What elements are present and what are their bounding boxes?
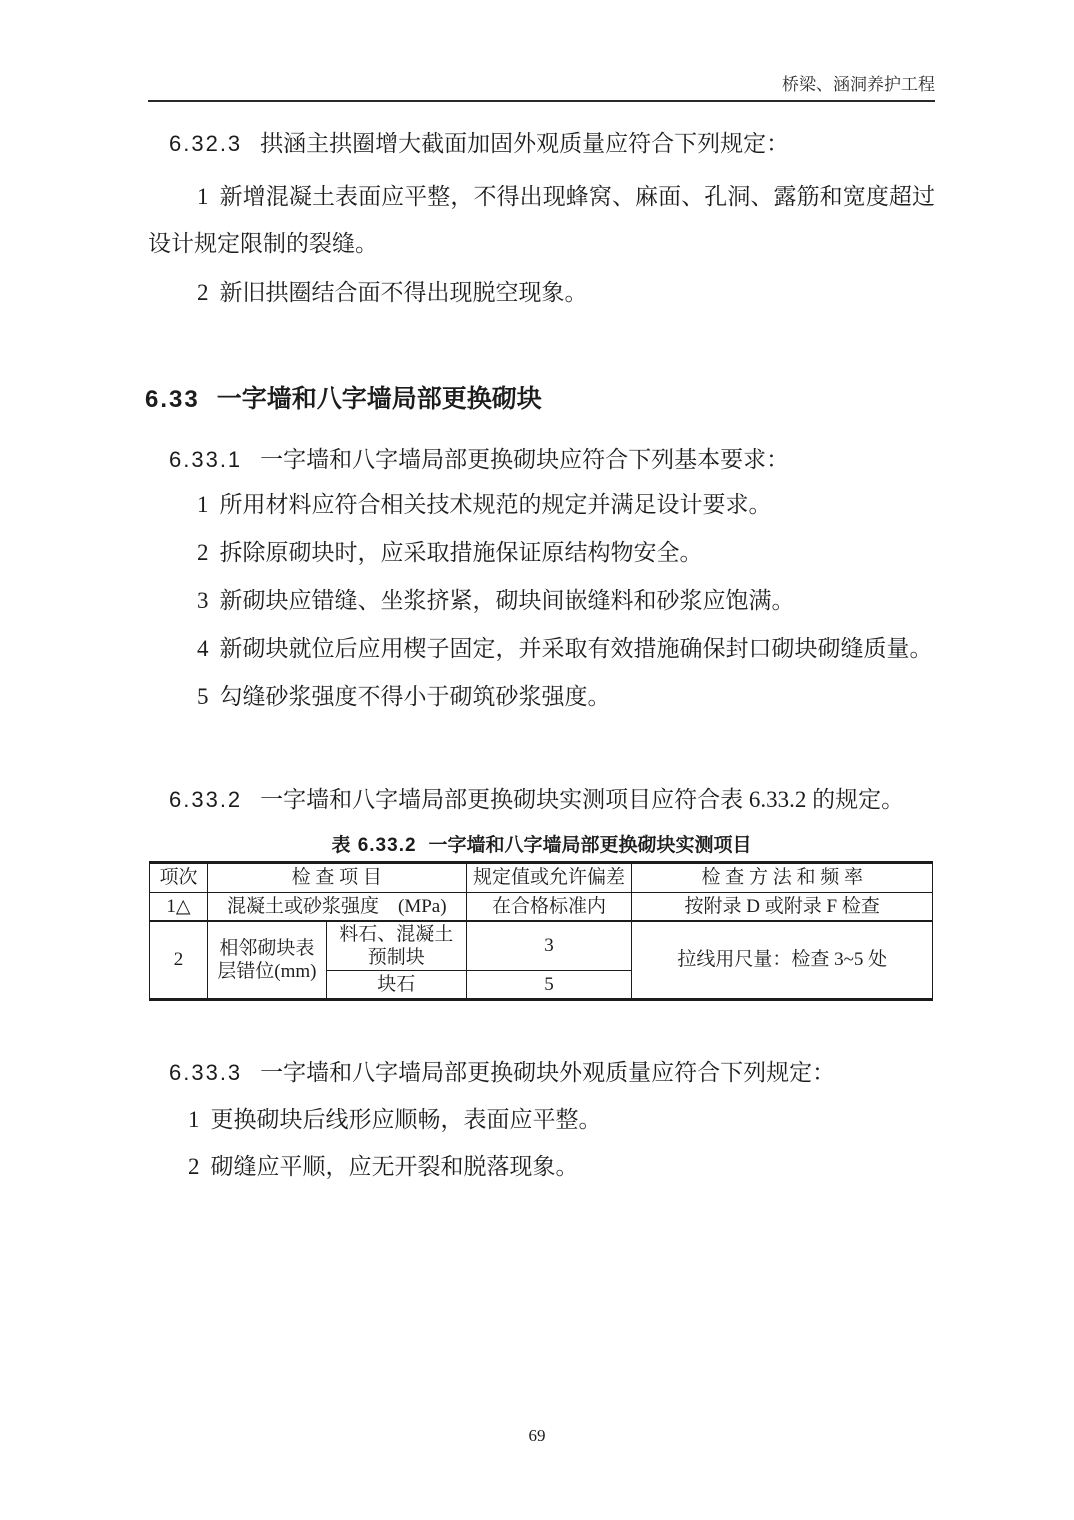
section-heading-6-33: 6.33一字墙和八字墙局部更换砌块 <box>145 382 932 417</box>
cell-row2-sub1-label: 料石、混凝土预制块 <box>326 921 466 971</box>
cell-row2-sub2-value: 5 <box>466 970 632 999</box>
item-number: 1 <box>197 184 209 209</box>
item-number: 1 <box>188 1107 200 1132</box>
paragraph-6-33-3-item-2: 2砌缝应平顺，应无开裂和脱落现象。 <box>148 1143 935 1190</box>
list-item: 2拆除原砌块时，应采取措施保证原结构物安全。 <box>148 529 935 577</box>
table-row: 2 相邻砌块表层错位(mm) 料石、混凝土预制块 3 拉线用尺量：检查 3~5 … <box>150 921 933 971</box>
item-number: 2 <box>188 1154 200 1179</box>
clause-title: 拱涵主拱圈增大截面加固外观质量应符合下列规定： <box>260 131 789 156</box>
item-number: 3 <box>197 588 209 613</box>
table-row: 1△ 混凝土或砂浆强度 (MPa) 在合格标准内 按附录 D 或附录 F 检查 <box>150 893 933 921</box>
clause-title: 一字墙和八字墙局部更换砌块应符合下列基本要求： <box>260 447 789 472</box>
item-text: 拆除原砌块时，应采取措施保证原结构物安全。 <box>220 540 703 565</box>
spec-table-6-33-2: 项次 检 查 项 目 规定值或允许偏差 检 查 方 法 和 频 率 1△ 混凝土… <box>149 861 933 1001</box>
col-header-value: 规定值或允许偏差 <box>466 863 632 893</box>
paragraph-6-32-3-item-2: 2新旧拱圈结合面不得出现脱空现象。 <box>148 269 935 316</box>
document-page: 桥梁、涵洞养护工程 6.32.3拱涵主拱圈增大截面加固外观质量应符合下列规定： … <box>0 0 1074 1520</box>
page-header: 桥梁、涵洞养护工程 <box>148 74 935 102</box>
item-text: 更换砌块后线形应顺畅，表面应平整。 <box>211 1107 602 1132</box>
cell-row2-index: 2 <box>150 921 208 1000</box>
item-text: 所用材料应符合相关技术规范的规定并满足设计要求。 <box>220 492 772 517</box>
item-text: 新旧拱圈结合面不得出现脱空现象。 <box>220 280 588 305</box>
item-text: 勾缝砂浆强度不得小于砌筑砂浆强度。 <box>220 684 611 709</box>
cell-row1-method: 按附录 D 或附录 F 检查 <box>632 893 933 921</box>
item-number: 4 <box>197 636 209 661</box>
list-item: 3新砌块应错缝、坐浆挤紧，砌块间嵌缝料和砂浆应饱满。 <box>148 577 935 625</box>
clause-number: 6.32.3 <box>169 131 242 156</box>
clause-title: 一字墙和八字墙局部更换砌块实测项目应符合表 6.33.2 的规定。 <box>260 787 904 812</box>
col-header-item: 检 查 项 目 <box>207 863 466 893</box>
table-header-row: 项次 检 查 项 目 规定值或允许偏差 检 查 方 法 和 频 率 <box>150 863 933 893</box>
clause-number: 6.33.1 <box>169 447 242 472</box>
clause-number: 6.33.3 <box>169 1060 242 1085</box>
cell-row2-method: 拉线用尺量：检查 3~5 处 <box>632 921 933 1000</box>
page-number: 69 <box>0 1424 1074 1448</box>
header-title: 桥梁、涵洞养护工程 <box>782 75 935 94</box>
item-text: 新砌块应错缝、坐浆挤紧，砌块间嵌缝料和砂浆应饱满。 <box>220 588 795 613</box>
item-number: 1 <box>197 492 209 517</box>
list-item: 4新砌块就位后应用楔子固定，并采取有效措施确保封口砌块砌缝质量。 <box>148 625 935 673</box>
cell-row1-index: 1△ <box>150 893 208 921</box>
cell-row1-value: 在合格标准内 <box>466 893 632 921</box>
section-title: 一字墙和八字墙局部更换砌块 <box>217 385 542 413</box>
list-item: 5勾缝砂浆强度不得小于砌筑砂浆强度。 <box>148 673 935 721</box>
paragraph-6-33-3-item-1: 1更换砌块后线形应顺畅，表面应平整。 <box>148 1096 935 1143</box>
clause-6-33-3: 6.33.3一字墙和八字墙局部更换砌块外观质量应符合下列规定： <box>148 1057 956 1089</box>
cell-row2-sub2-label: 块石 <box>326 970 466 999</box>
table-caption-title: 一字墙和八字墙局部更换砌块实测项目 <box>429 835 752 856</box>
item-number: 5 <box>197 684 209 709</box>
table-caption: 表 6.33.2一字墙和八字墙局部更换砌块实测项目 <box>148 833 935 859</box>
clause-6-33-1: 6.33.1一字墙和八字墙局部更换砌块应符合下列基本要求： <box>148 444 956 476</box>
item-number: 2 <box>197 280 209 305</box>
item-text: 新增混凝土表面应平整，不得出现蜂窝、麻面、孔洞、露筋和宽度超过设计规定限制的裂缝… <box>148 184 935 256</box>
cell-row2-item: 相邻砌块表层错位(mm) <box>207 921 326 1000</box>
clause-6-32-3: 6.32.3拱涵主拱圈增大截面加固外观质量应符合下列规定： <box>148 128 956 160</box>
item-text: 新砌块就位后应用楔子固定，并采取有效措施确保封口砌块砌缝质量。 <box>220 636 933 661</box>
clause-number: 6.33.2 <box>169 787 242 812</box>
list-item: 1所用材料应符合相关技术规范的规定并满足设计要求。 <box>148 481 935 529</box>
item-text: 砌缝应平顺，应无开裂和脱落现象。 <box>211 1154 579 1179</box>
col-header-index: 项次 <box>150 863 208 893</box>
paragraph-6-32-3-item-1: 1新增混凝土表面应平整，不得出现蜂窝、麻面、孔洞、露筋和宽度超过设计规定限制的裂… <box>148 173 935 267</box>
col-header-method: 检 查 方 法 和 频 率 <box>632 863 933 893</box>
item-number: 2 <box>197 540 209 565</box>
clause-6-33-2: 6.33.2一字墙和八字墙局部更换砌块实测项目应符合表 6.33.2 的规定。 <box>148 784 956 816</box>
clause-title: 一字墙和八字墙局部更换砌块外观质量应符合下列规定： <box>260 1060 835 1085</box>
section-number: 6.33 <box>145 386 200 413</box>
table-caption-label: 表 6.33.2 <box>331 835 416 856</box>
cell-row1-item: 混凝土或砂浆强度 (MPa) <box>207 893 466 921</box>
cell-row2-sub1-value: 3 <box>466 921 632 971</box>
list-6-33-1: 1所用材料应符合相关技术规范的规定并满足设计要求。 2拆除原砌块时，应采取措施保… <box>148 481 935 721</box>
